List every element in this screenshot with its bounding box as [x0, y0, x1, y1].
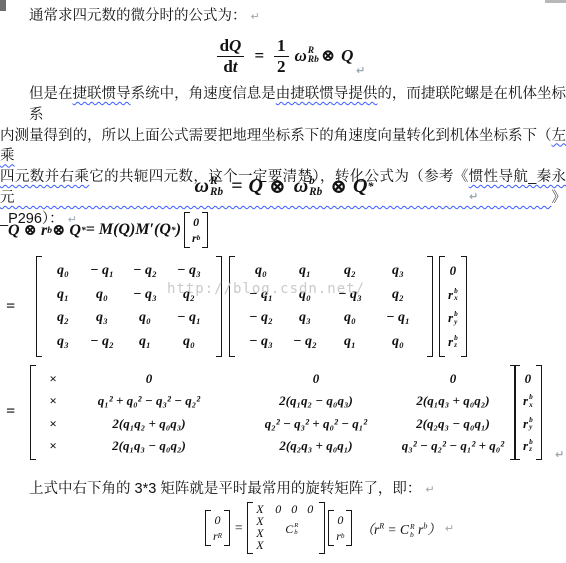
matrix-cell: 2(q₁q₂ + q₀q₃) — [112, 413, 185, 435]
text-run: 内测量得到的，所以上面公式需要把地理坐标系下的角速度向量转化到机体坐标系下（ — [0, 128, 552, 144]
otimes-operator: ⊗ — [330, 174, 347, 199]
matrix-cell: q₁² + q₀² − q₃² − q₂² — [98, 390, 200, 412]
matrix-cell: − q₁ — [90, 259, 114, 283]
column-vector-r: 0 rbx rby rbz — [439, 256, 467, 357]
matrix-cell: q₃ — [96, 307, 108, 331]
paragraph-body: 但是在捷联惯导系统中，角速度信息是由捷联惯导提供的，而捷联陀螺是在机体坐标系 内… — [0, 84, 566, 231]
paragraph-mark-icon: ↵ — [356, 64, 365, 77]
matrix-cell: q₀ — [183, 330, 195, 354]
paragraph-intro-text: 通常求四元数的微分时的公式为： — [29, 8, 247, 24]
paragraph-mark-icon: ↵ — [251, 10, 260, 23]
star-superscript: * — [367, 179, 373, 194]
vector-entry: rb — [192, 230, 200, 246]
matrix-cell: × — [49, 368, 56, 390]
fraction-one-half: 1 2 — [274, 36, 289, 76]
paragraph-intro: 通常求四元数的微分时的公式为：↵ — [0, 6, 566, 28]
vector-entry: rbz — [448, 330, 458, 354]
block-matrix-x-c: X X X X 0 0 0 CRb — [247, 502, 325, 554]
matrix-cell: q₃ — [392, 259, 404, 283]
matrix-cell: − q₂ — [133, 259, 157, 283]
text-run: 但是在 — [29, 86, 73, 102]
matrix-cell: q₀ — [57, 259, 69, 283]
matrix-mq: q₀− q₁− q₂− q₃q₁q₀− q₃q₂q₂q₃q₀− q₁q₃− q₂… — [36, 256, 222, 357]
formula-rotation-summary: 0 rR = X X X X 0 0 0 CRb 0 rb — [205, 502, 454, 554]
rotation-matrix: ×000×q₁² + q₀² − q₃² − q₂²2(q₁q₂ − q₀q₃)… — [30, 365, 516, 460]
matrix-cell: 0 — [450, 368, 457, 390]
text-run-underlined: 捷联惯导 — [73, 86, 131, 102]
math-token: Q — [229, 36, 241, 55]
matrix-cell: q₃² − q₂² − q₁² + q₀² — [402, 435, 504, 457]
matrix-cell: q₁ — [299, 259, 311, 283]
math-token: d — [220, 36, 229, 55]
document-page: 通常求四元数的微分时的公式为：↵ dQ dt = 1 2 ω RRb ⊗ Q ↵… — [0, 0, 566, 563]
fraction-dq-dt: dQ dt — [217, 36, 245, 76]
math-token: 2 — [274, 57, 289, 77]
scrollbar-fragment — [545, 0, 566, 3]
matrix-cell: 2(q₁q₃ − q₀q₂) — [112, 435, 186, 457]
matrix-cell: − q₂ — [90, 330, 114, 354]
matrix-cell: × — [49, 435, 56, 457]
text-run-underlined: 由捷联惯导提供 — [276, 86, 378, 102]
rotation-matrix-symbol: CRb — [285, 522, 298, 537]
paragraph-conclusion-text: 上式中右下角的 3*3 矩阵就是平时最常用的旋转矩阵了，即： — [29, 481, 421, 497]
paragraph-conclusion: 上式中右下角的 3*3 矩阵就是平时最常用的旋转矩阵了，即：↵ — [0, 479, 566, 501]
subscript: Rb — [210, 187, 223, 198]
matrix-cell: X — [256, 538, 263, 553]
matrix-cell: q₁ — [139, 330, 151, 354]
matrix-cell: − q₃ — [177, 259, 201, 283]
vector-entry: 0 — [450, 259, 457, 283]
subscript: Rb — [308, 56, 319, 66]
formula-quaternion-derivative: dQ dt = 1 2 ω RRb ⊗ Q ↵ — [0, 36, 566, 76]
vector-entry: 0 — [525, 368, 532, 390]
column-vector-0-rb: 0 rb — [184, 212, 208, 248]
matrix-cell: − q₂ — [249, 307, 273, 331]
vector-entry: rby — [523, 413, 533, 435]
matrix-cell: q₁ — [344, 330, 356, 354]
matrix-cell: q₀ — [392, 330, 404, 354]
matrix-cell: 0 — [307, 502, 313, 517]
formula-omega-transform: ω RRb = Q ⊗ ω bRb ⊗ Q* ↵ — [0, 174, 566, 199]
column-vector-r: 0 rbx rby rbz — [514, 365, 542, 460]
math-token: ω — [195, 175, 209, 198]
math-token: Q — [248, 175, 262, 198]
math-token: = M(Q)M′(Q — [86, 221, 171, 239]
math-token: 1 — [274, 36, 289, 57]
math-token: d — [223, 57, 232, 76]
matrix-cell: − q₃ — [249, 330, 273, 354]
math-token: ω — [295, 46, 307, 66]
csdn-watermark: http://blog.csdn.net/ — [167, 281, 365, 297]
text-run: 系统中，角速度信息是 — [131, 86, 276, 102]
matrix-cell: 0 — [291, 502, 297, 517]
matrix-equation-1: = q₀− q₁− q₂− q₃q₁q₀− q₃q₂q₂q₃q₀− q₁q₃− … — [0, 256, 566, 359]
math-token: Q — [353, 175, 367, 198]
math-token: ) — [176, 221, 181, 239]
vector-entry: 0 — [215, 512, 221, 528]
matrix-cell: q₀ — [139, 307, 151, 331]
math-token: ω — [294, 175, 308, 198]
otimes-operator: ⊗ — [321, 46, 335, 66]
vector-entry: rbx — [523, 390, 533, 412]
matrix-cell: × — [49, 413, 56, 435]
vector-entry: rR — [213, 528, 222, 544]
equals-sign: = — [231, 175, 242, 198]
paragraph-mark-icon: ↵ — [425, 483, 434, 496]
formula-sandwich-product: Q ⊗ rb ⊗ Q* = M(Q)M′(Q*) 0 rb — [8, 212, 428, 248]
matrix-cell: q₀ — [344, 307, 356, 331]
matrix-cell: q₀ — [255, 259, 267, 283]
math-token: ⊗ Q — [52, 220, 81, 240]
vector-entry: rbx — [448, 283, 458, 307]
matrix-cell: − q₂ — [293, 330, 317, 354]
matrix-cell: 0 — [313, 368, 320, 390]
column-vector-0-rR: 0 rR — [205, 510, 230, 546]
matrix-cell: 2(q₁q₂ − q₀q₃) — [279, 390, 353, 412]
matrix-cell: q₃ — [57, 330, 69, 354]
equals-sign: = — [6, 298, 15, 316]
omega-term: ω bRb — [294, 175, 323, 198]
matrix-cell: q₂² − q₃² + q₀² − q₁² — [265, 413, 367, 435]
matrix-cell: × — [49, 390, 56, 412]
equals-sign: = — [6, 403, 15, 421]
matrix-mq-conjugate: q₀q₁q₂q₃− q₁q₀− q₃q₂− q₂q₃q₀− q₁− q₃− q₂… — [229, 256, 433, 357]
matrix-cell: q₀ — [96, 283, 108, 307]
math-token: Q ⊗ r — [8, 220, 47, 240]
paragraph-mark-icon: ↵ — [555, 448, 564, 461]
equals-sign: = — [234, 520, 243, 536]
matrix-cell: − q₁ — [177, 307, 201, 331]
vector-entry: rb — [336, 528, 344, 544]
equals-sign: = — [254, 46, 264, 66]
matrix-cell: − q₃ — [133, 283, 157, 307]
matrix-cell: 0 — [146, 368, 153, 390]
vector-entry: 0 — [337, 512, 343, 528]
matrix-cell: 2(q₁q₃ + q₀q₂) — [416, 390, 489, 412]
math-token: Q — [341, 46, 353, 66]
paragraph-mark-icon: ↵ — [445, 522, 454, 535]
matrix-cell: 2(q₂q₃ + q₀q₁) — [279, 435, 352, 457]
matrix-cell: q₃ — [299, 307, 311, 331]
matrix-cell: 2(q₂q₃ − q₀q₁) — [416, 413, 490, 435]
otimes-operator: ⊗ — [269, 174, 286, 199]
matrix-cell: − q₁ — [386, 307, 410, 331]
matrix-cell: 0 — [275, 502, 281, 517]
parenthetical-note: （rR = CRb rb） — [360, 518, 440, 538]
column-vector-0-rb: 0 rb — [328, 510, 352, 546]
omega-term: ω RRb — [195, 175, 224, 198]
matrix-cell: q₂ — [344, 259, 356, 283]
vector-entry: rbz — [523, 435, 533, 457]
vector-entry: rby — [448, 307, 458, 331]
omega-term: ω RRb — [295, 46, 319, 66]
matrix-equation-2: = ×000×q₁² + q₀² − q₃² − q₂²2(q₁q₂ − q₀q… — [0, 365, 566, 462]
subscript: Rb — [309, 187, 322, 198]
math-token: t — [233, 57, 238, 76]
body-line-1: 但是在捷联惯导系统中，角速度信息是由捷联惯导提供的，而捷联陀螺是在机体坐标系 — [0, 84, 566, 126]
vector-entry: 0 — [193, 214, 199, 230]
paragraph-mark-icon: ↵ — [469, 190, 478, 203]
matrix-cell: q₁ — [57, 283, 69, 307]
matrix-cell: q₂ — [392, 283, 404, 307]
matrix-cell: q₂ — [57, 307, 69, 331]
body-line-2: 内测量得到的，所以上面公式需要把地理坐标系下的角速度向量转化到机体坐标系下（左乘 — [0, 126, 566, 168]
